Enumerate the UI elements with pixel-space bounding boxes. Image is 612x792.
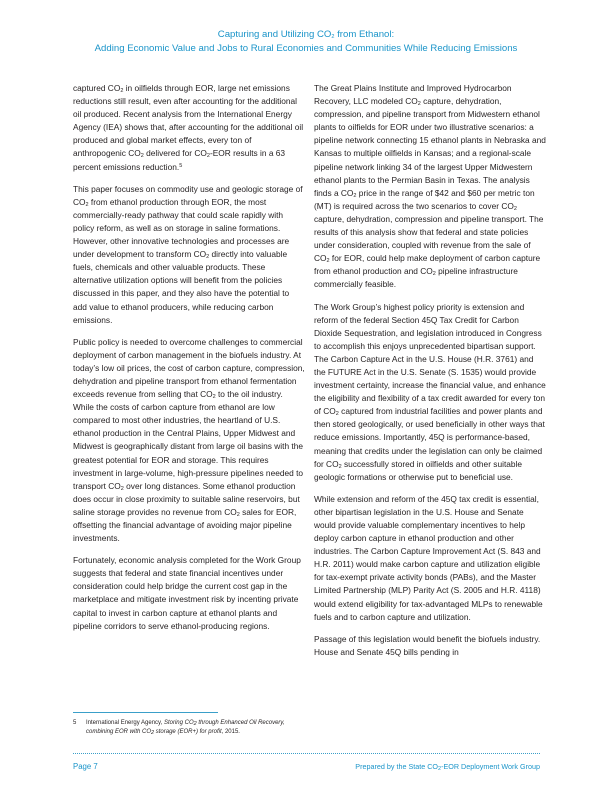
- footnote-divider: [73, 712, 218, 713]
- paragraph: captured CO2 in oilfields through EOR, l…: [73, 82, 305, 174]
- footer-divider: [73, 753, 540, 754]
- paragraph: The Great Plains Institute and Improved …: [314, 82, 546, 292]
- footnote-text: International Energy Agency, Storing CO2…: [86, 719, 313, 737]
- footnote-number: 5: [73, 719, 76, 728]
- header-title-line1: Capturing and Utilizing CO2 from Ethanol…: [0, 28, 612, 42]
- running-header: Capturing and Utilizing CO2 from Ethanol…: [0, 28, 612, 56]
- page-number: Page 7: [73, 762, 98, 771]
- right-column: The Great Plains Institute and Improved …: [314, 82, 546, 668]
- paragraph: Passage of this legislation would benefi…: [314, 633, 546, 659]
- footnote-ref[interactable]: 5: [179, 163, 182, 169]
- header-title-line2: Adding Economic Value and Jobs to Rural …: [0, 42, 612, 56]
- left-column: captured CO2 in oilfields through EOR, l…: [73, 82, 305, 642]
- paragraph: The Work Group’s highest policy priority…: [314, 301, 546, 484]
- paragraph: Public policy is needed to overcome chal…: [73, 336, 305, 546]
- paragraph: Fortunately, economic analysis completed…: [73, 554, 305, 633]
- paragraph: This paper focuses on commodity use and …: [73, 183, 305, 327]
- footer-credit: Prepared by the State CO2-EOR Deployment…: [355, 762, 540, 771]
- paragraph: While extension and reform of the 45Q ta…: [314, 493, 546, 624]
- footnote: 5 International Energy Agency, Storing C…: [73, 719, 313, 737]
